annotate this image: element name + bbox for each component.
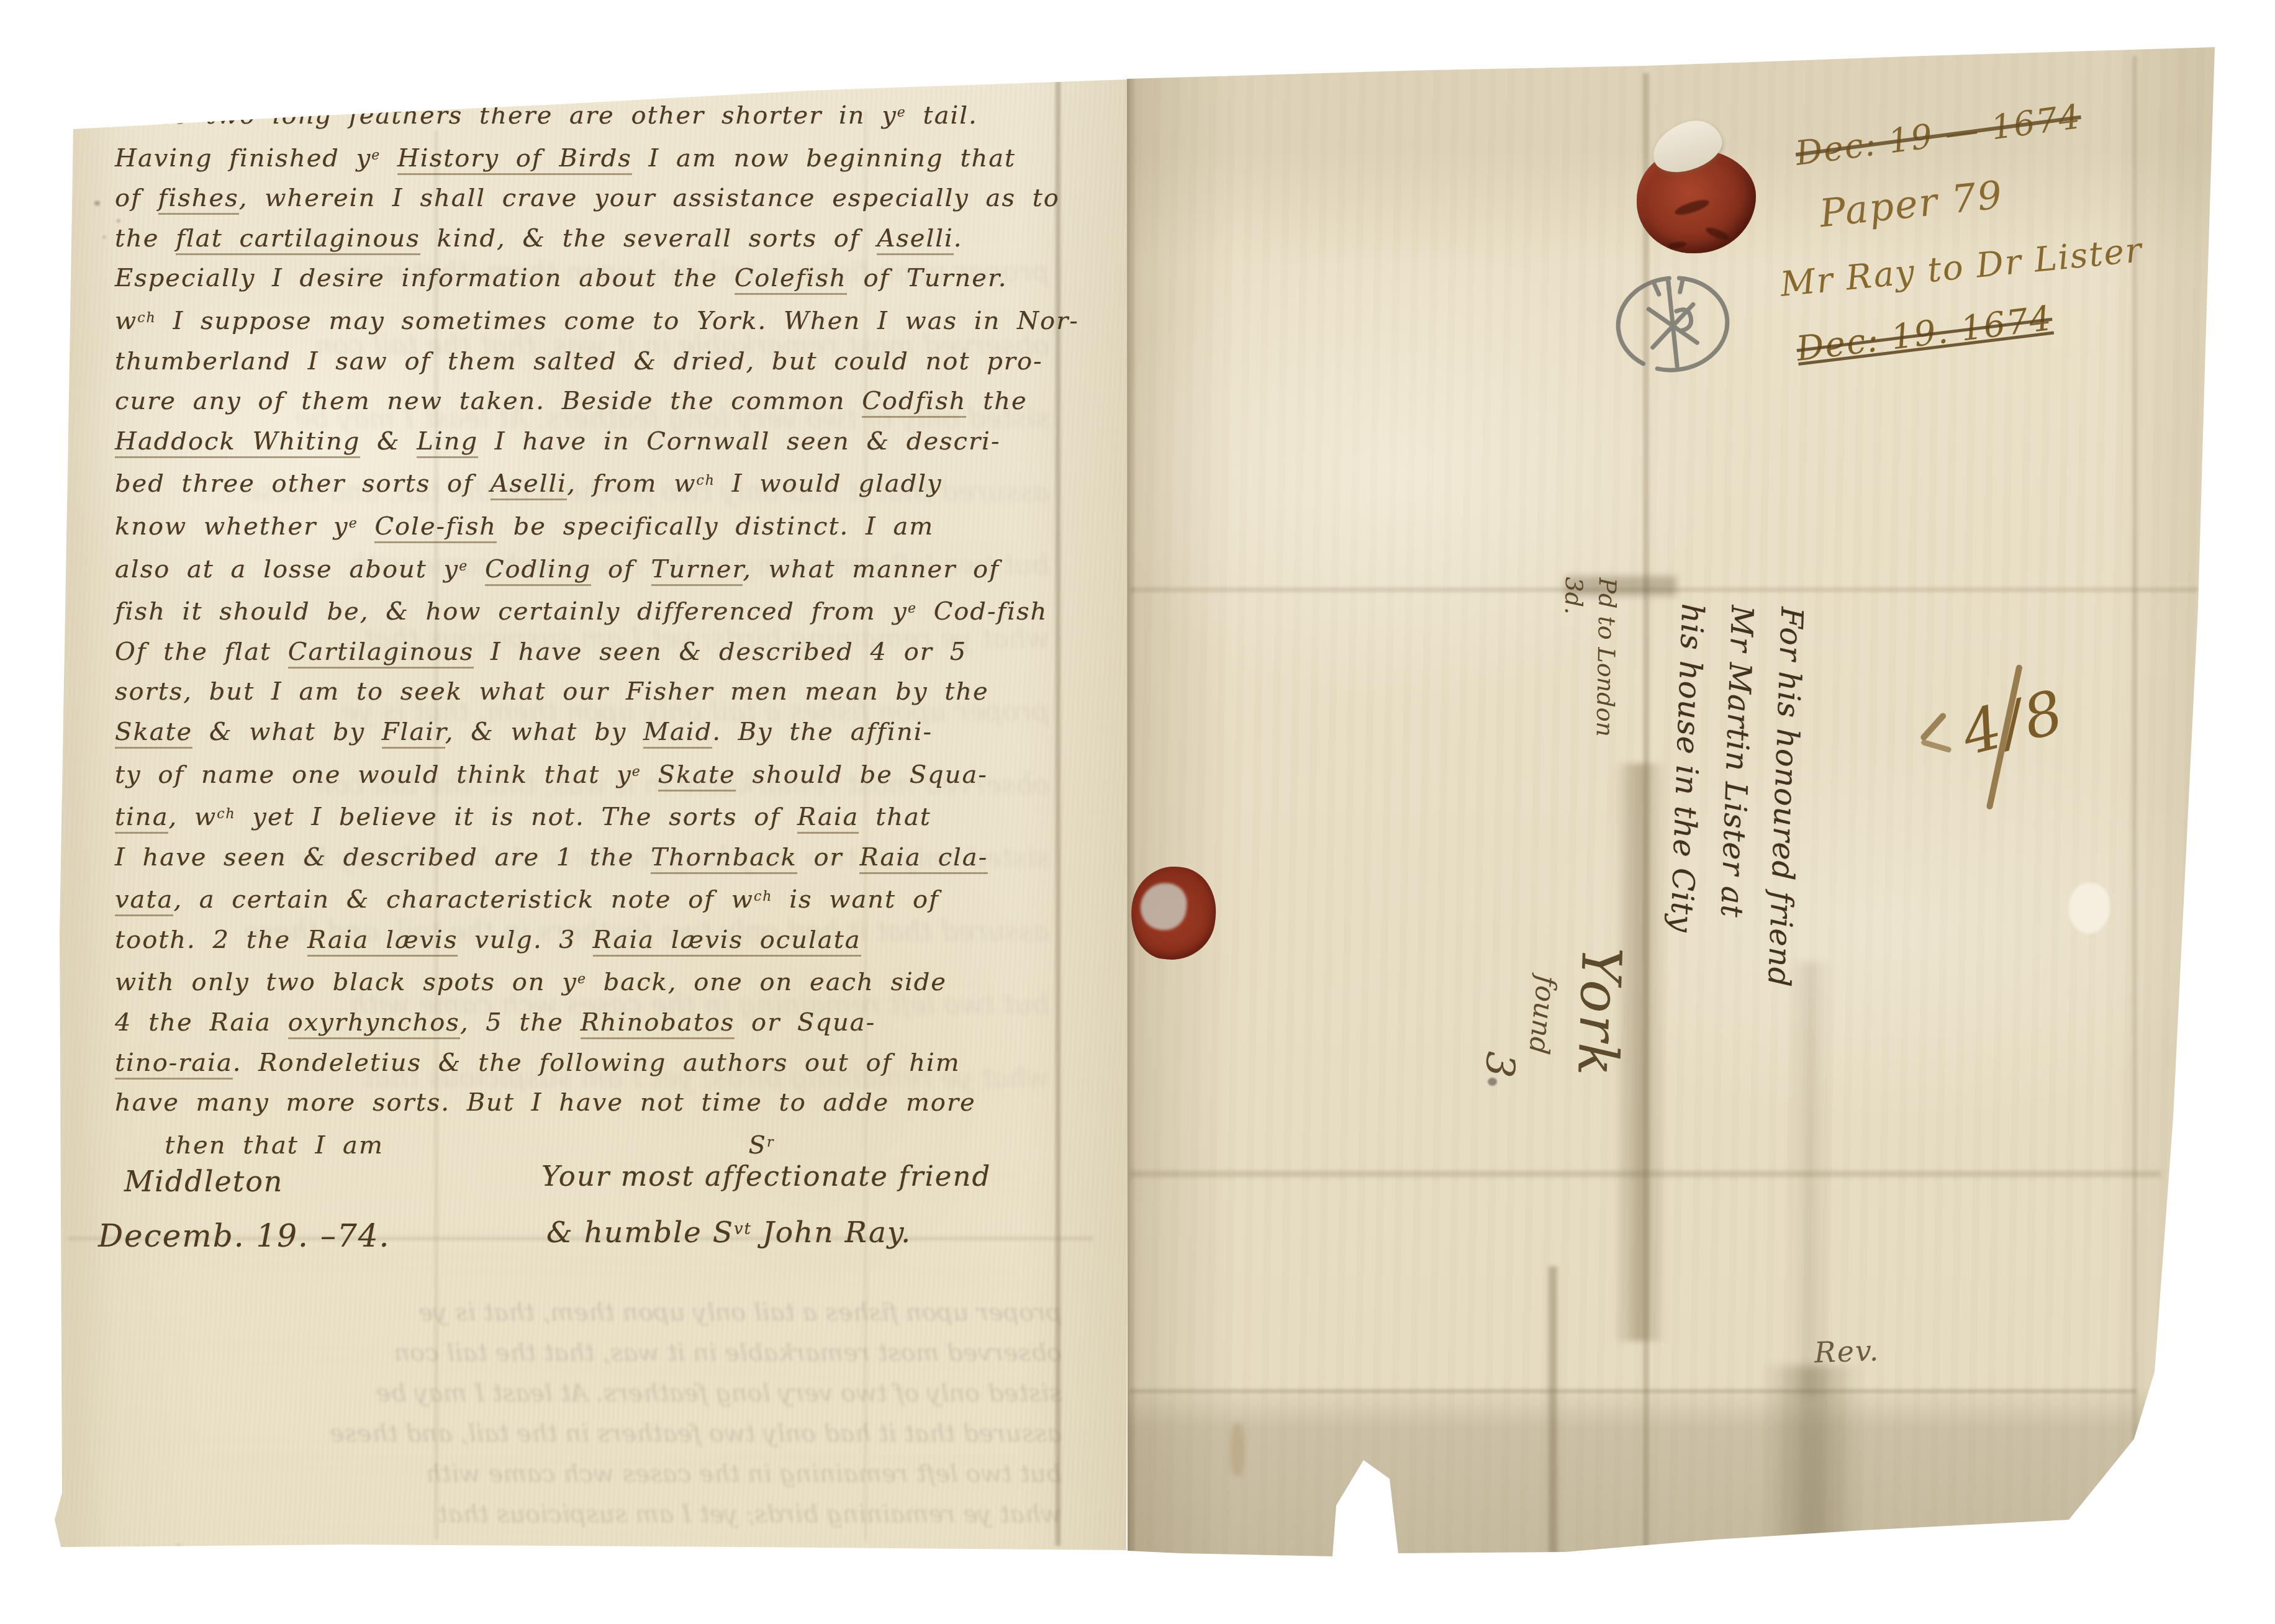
letter-line: Having finished ye History of Birds I am…: [115, 136, 1115, 179]
letter-line: tino-raia. Rondeletius & the following a…: [115, 1043, 1115, 1083]
endorsement-correspondents: Mr Ray to Dr Lister: [1778, 230, 2144, 304]
letter-line: wch I suppose may sometimes come to York…: [115, 299, 1115, 341]
letter-line: know whether ye Cole-fish be specificall…: [115, 504, 1115, 547]
endorsement-date-struck-2: Dec: 19. 1674: [1794, 298, 2055, 369]
fold-stain: [1762, 1366, 1861, 1561]
postage-paid-note: Pd to London 3d.: [1552, 577, 1624, 721]
letter-line: those two long feathers there are other …: [115, 93, 1115, 136]
letter-line: Of the flat Cartilaginous I have seen & …: [115, 632, 1115, 672]
letter-line: also at a losse about ye Codling of Turn…: [115, 547, 1115, 590]
letter-line: ty of name one would think that ye Skate…: [115, 752, 1115, 795]
letter-signature: & humble Svt John Ray.: [546, 1216, 911, 1250]
ghost-text-line: observed most remarkable in it was, that…: [106, 1333, 1062, 1373]
wax-seal: [1633, 123, 1765, 261]
letter-line: thumberland I saw of them salted & dried…: [115, 341, 1115, 382]
letter-line: fish it should be, & how certainly diffe…: [115, 589, 1115, 632]
letter-line: Skate & what by Flair, & what by Maid. B…: [115, 712, 1115, 752]
seal-impression-mark: [1673, 197, 1711, 217]
address-line: For his honoured friend: [1757, 607, 1816, 875]
pen-stroke: [1919, 711, 1947, 741]
ghost-text-line: Lyster: [106, 1535, 1062, 1575]
ghost-text-line: assured that it had only two feathers in…: [106, 1414, 1062, 1454]
wax-seal-core: [1138, 881, 1189, 932]
letter-line: with only two black spots on ye back, on…: [115, 960, 1115, 1003]
letter-line: tooth. 2 the Raia lævis vulg. 3 Raia læv…: [115, 920, 1115, 960]
letter-line: I have seen & described are 1 the Thornb…: [115, 837, 1115, 878]
fold-crease: [1549, 1266, 1557, 1558]
manuscript-scan: proper upon fishes a tail only upon them…: [0, 0, 2275, 1624]
origin-note: York: [1553, 945, 1634, 1134]
stain: [1231, 1423, 1244, 1476]
postmark-stamp-icon: [1607, 266, 1739, 382]
letter-line: 4 the Raia oxyrhynchos, 5 the Rhinobatos…: [115, 1003, 1115, 1043]
letter-line: vata, a certain & characteristick note o…: [115, 877, 1115, 920]
letter-line: cure any of them new taken. Beside the c…: [115, 381, 1115, 422]
fold-crease: [1130, 1171, 2161, 1177]
letter-line: of fishes, wherein I shall crave your as…: [115, 178, 1115, 219]
endorsement-paper-number: Paper 79: [1817, 172, 2006, 237]
address-line: his house in the City: [1658, 603, 1717, 872]
address-line: Mr Martin Lister at: [1708, 605, 1767, 873]
rev-note: Rev.: [1814, 1333, 1880, 1369]
letter-line: the flat cartilaginous kind, & the sever…: [115, 219, 1115, 259]
letter-line: bed three other sorts of Aselli, from wc…: [115, 461, 1115, 504]
letter-line: sorts, but I am to seek what our Fisher …: [115, 672, 1115, 712]
endorsement-date-struck: Dec: 19 — 1674: [1793, 97, 2084, 173]
address-block: For his honoured friend Mr Martin Lister…: [1658, 603, 1817, 875]
ghost-text-line: but two left remaining in the cases wch …: [106, 1454, 1062, 1494]
letter-line: Especially I desire information about th…: [115, 258, 1115, 299]
show-through-text: proper upon fishes a tail only upon them…: [106, 1292, 1062, 1575]
fold-crease: [1130, 587, 2198, 592]
seal-impression-mark: [1667, 241, 1686, 250]
letter-closing: Your most affectionate friend: [541, 1160, 991, 1193]
found-note: found 3: [1467, 969, 1563, 1138]
letter-line: tina, wch yet I believe it is not. The s…: [115, 795, 1115, 837]
letter-line: Haddock Whiting & Ling I have in Cornwal…: [115, 422, 1115, 462]
paper-blemish: [2069, 883, 2110, 934]
wax-seal-remnant: [1127, 862, 1221, 963]
ghost-text-line: sisted only of two very long feathers. A…: [106, 1373, 1062, 1414]
postal-rate-mark: 4/8: [1955, 677, 2073, 769]
fold-crease: [1130, 1389, 2136, 1393]
letter-line: have many more sorts. But I have not tim…: [115, 1083, 1115, 1123]
ghost-text-line: proper upon fishes a tail only upon them…: [106, 1292, 1062, 1333]
ghost-text-line: what ye remaining birds; yet I am suspic…: [106, 1494, 1062, 1535]
fold-stain: [1788, 962, 1832, 1397]
letter-body: those two long feathers there are other …: [115, 93, 1115, 1165]
letter-date: Decemb. 19. –74.: [98, 1218, 390, 1254]
seal-impression-mark: [1704, 225, 1730, 242]
pen-stroke: [1920, 739, 1952, 753]
letter-place: Middleton: [124, 1165, 283, 1198]
